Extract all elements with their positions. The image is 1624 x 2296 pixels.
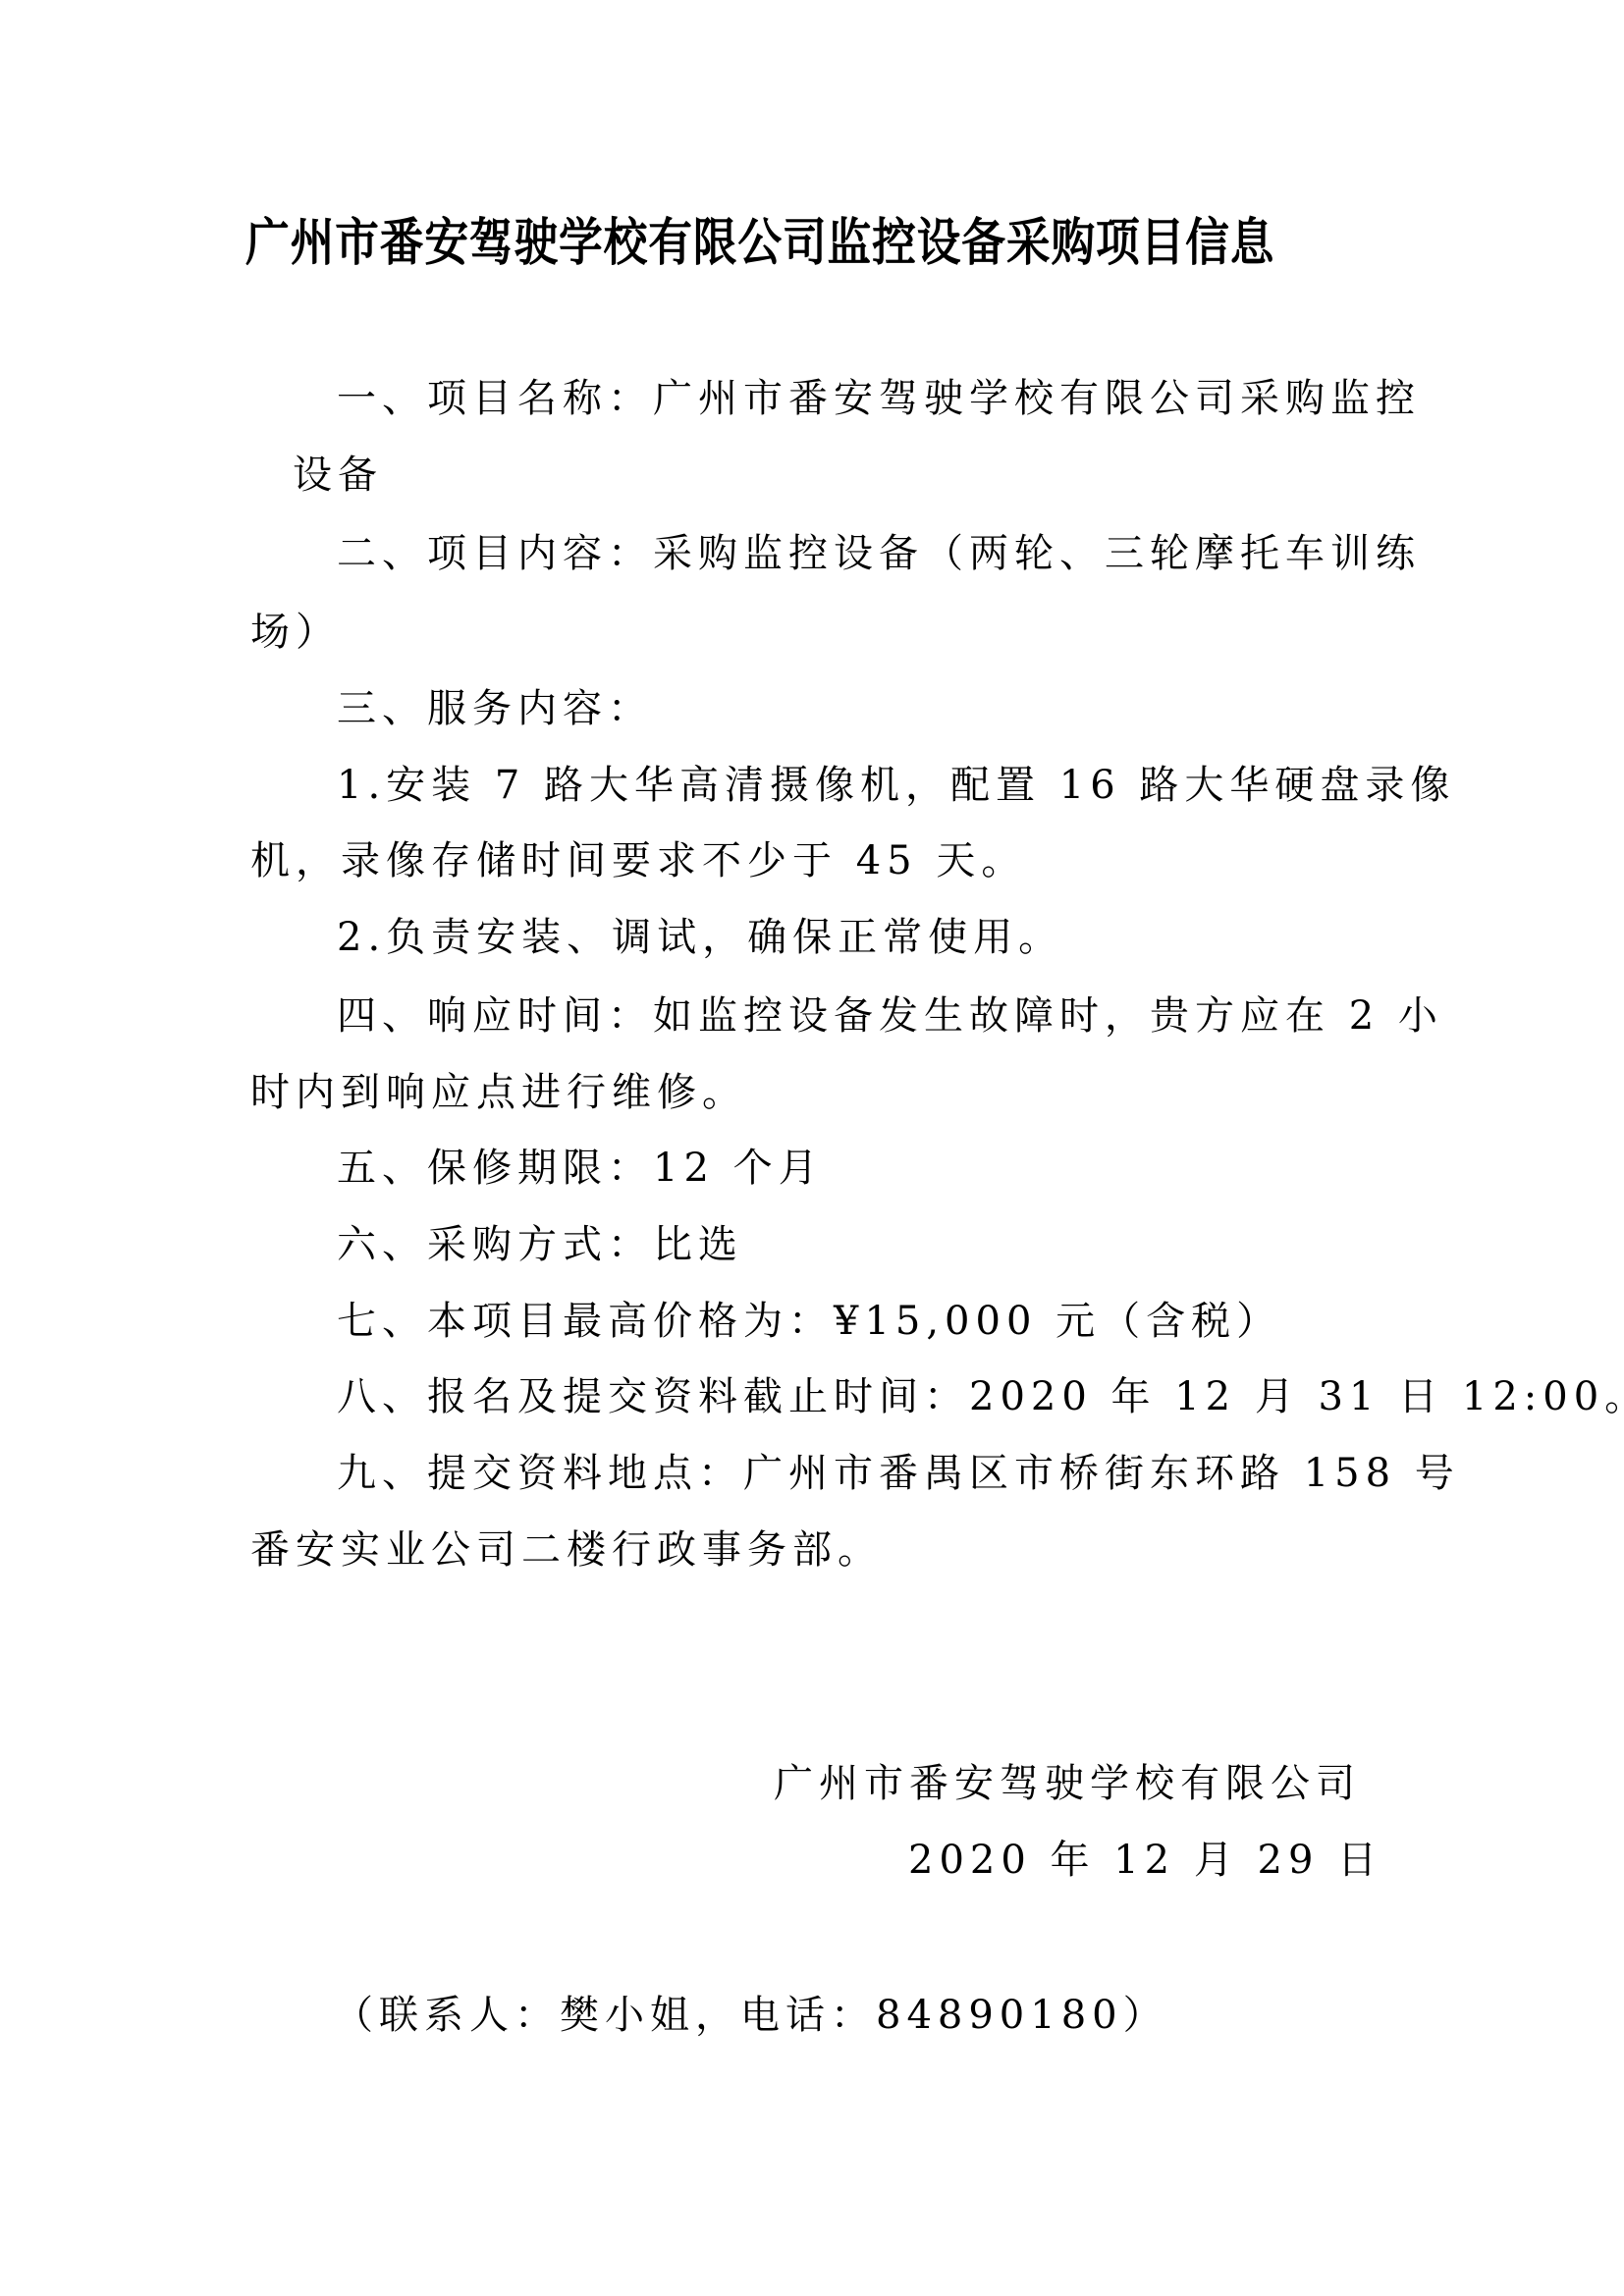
item-9-submission-location-cont: 番安实业公司二楼行政事务部。 <box>250 1521 883 1579</box>
item-1-project-name: 一、项目名称：广州市番安驾驶学校有限公司采购监控 <box>337 369 1421 428</box>
document-title: 广州市番安驾驶学校有限公司监控设备采购项目信息 <box>245 201 1225 275</box>
item-3-subitem-2: 2.负责安装、调试，确保正常使用。 <box>337 908 1063 967</box>
item-2-project-content: 二、项目内容：采购监控设备（两轮、三轮摩托车训练 <box>337 524 1421 583</box>
item-6-procurement-method: 六、采购方式：比选 <box>337 1215 743 1274</box>
item-1-project-name-cont: 设备 <box>293 446 383 505</box>
item-3-service-content: 三、服务内容： <box>337 679 653 738</box>
contact-info: （联系人：樊小姐，电话：84890180） <box>334 1986 1168 2045</box>
item-7-max-price: 七、本项目最高价格为：¥15,000 元（含税） <box>337 1292 1281 1351</box>
item-5-warranty: 五、保修期限：12 个月 <box>337 1139 824 1198</box>
item-3-subitem-1: 1.安装 7 路大华高清摄像机，配置 16 路大华硬盘录像 <box>337 756 1455 815</box>
item-2-project-content-cont: 场） <box>250 603 341 662</box>
item-8-deadline: 八、报名及提交资料截止时间：2020 年 12 月 31 日 12:00。 <box>337 1367 1624 1426</box>
signature-company: 广州市番安驾驶学校有限公司 <box>774 1754 1361 1813</box>
item-3-subitem-1-cont: 机，录像存储时间要求不少于 45 天。 <box>250 831 1026 890</box>
item-4-response-time-cont: 时内到响应点进行维修。 <box>250 1063 747 1122</box>
signature-date: 2020 年 12 月 29 日 <box>908 1831 1382 1890</box>
item-4-response-time: 四、响应时间：如监控设备发生故障时，贵方应在 2 小 <box>337 987 1443 1045</box>
item-9-submission-location: 九、提交资料地点：广州市番禺区市桥街东环路 158 号 <box>337 1444 1460 1503</box>
